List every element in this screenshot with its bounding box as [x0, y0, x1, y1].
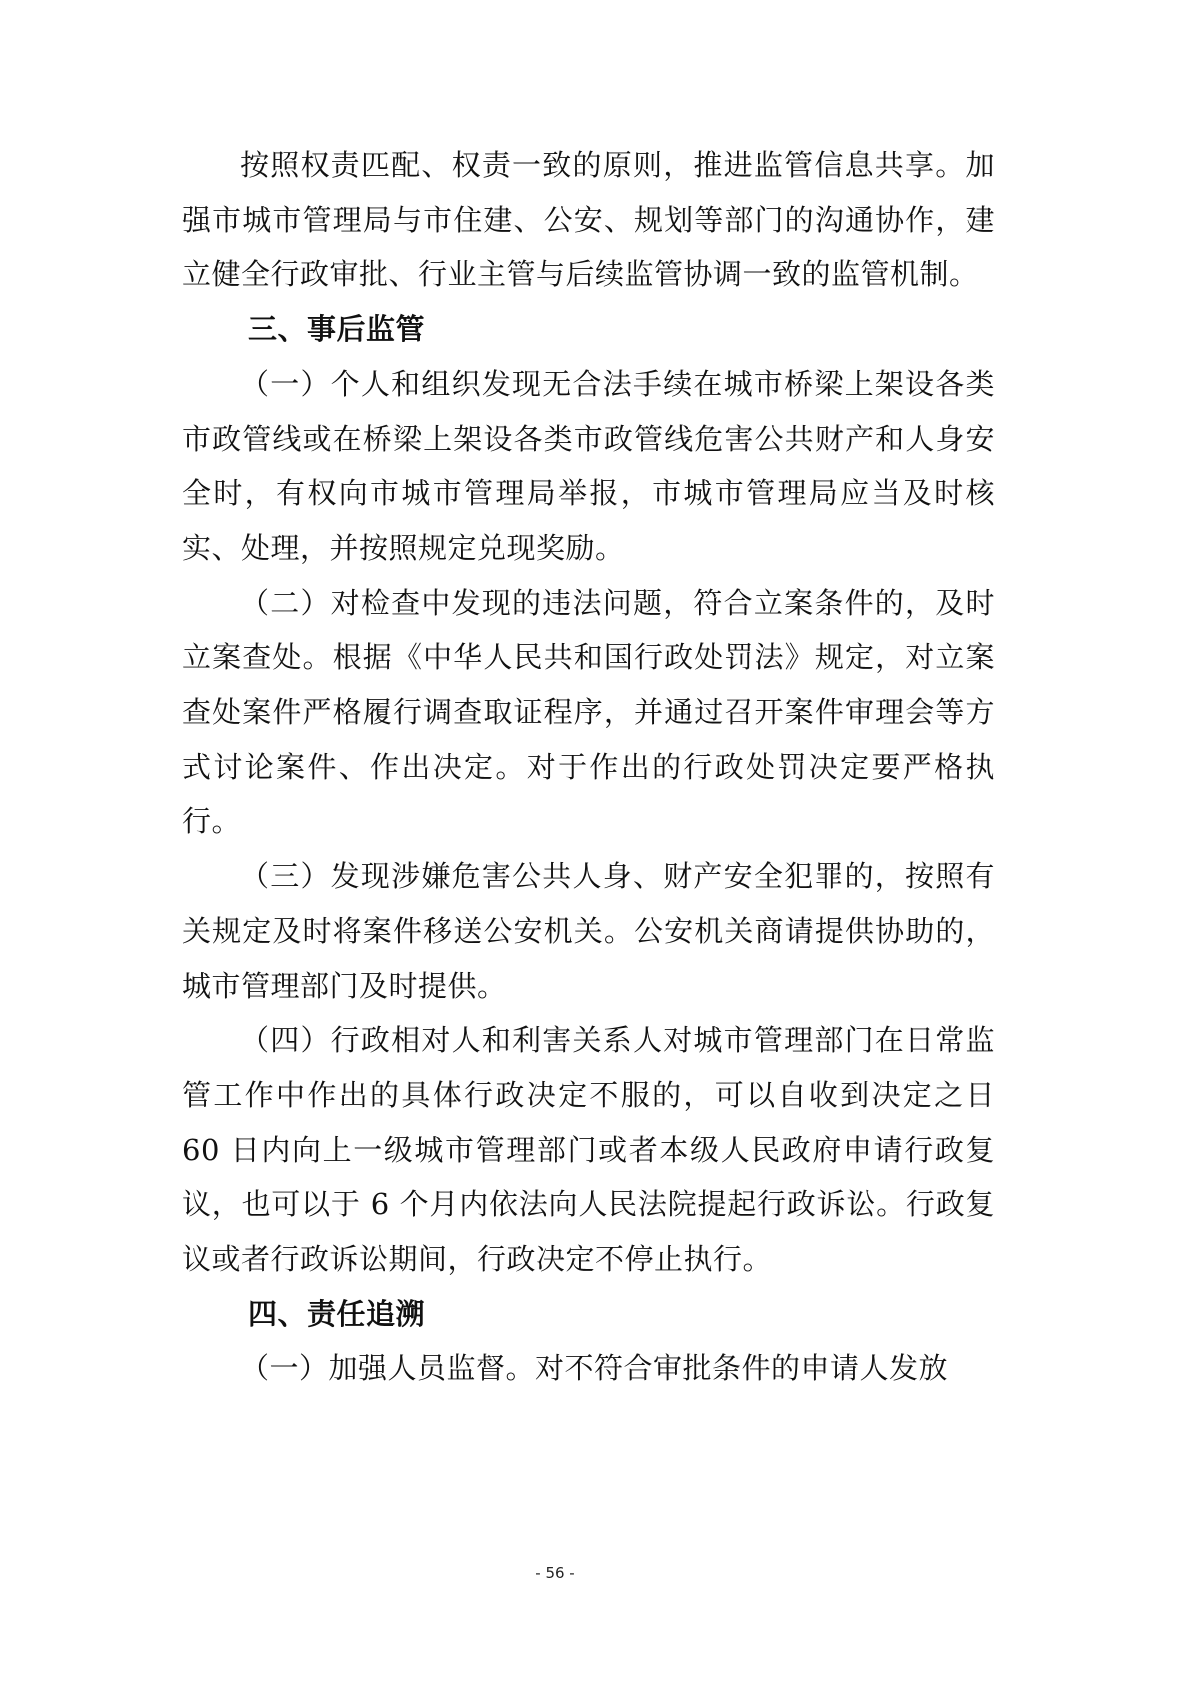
paragraph-case-handling: （二）对检查中发现的违法问题，符合立案条件的，及时立案查处。根据《中华人民共和国…	[182, 576, 995, 850]
paragraph-administrative-review: （四）行政相对人和利害关系人对城市管理部门在日常监管工作中作出的具体行政决定不服…	[182, 1013, 995, 1287]
paragraph-criminal-transfer: （三）发现涉嫌危害公共人身、财产安全犯罪的，按照有关规定及时将案件移送公安机关。…	[182, 849, 995, 1013]
paragraph-report-rights: （一）个人和组织发现无合法手续在城市桥梁上架设各类市政管线或在桥梁上架设各类市政…	[182, 357, 995, 576]
section-heading-post-supervision: 三、事后监管	[182, 302, 995, 357]
paragraph-staff-supervision: （一）加强人员监督。对不符合审批条件的申请人发放	[182, 1341, 995, 1396]
document-page: 按照权责匹配、权责一致的原则，推进监管信息共享。加强市城市管理局与市住建、公安、…	[182, 138, 995, 1396]
page-number: - 56 -	[0, 1564, 1110, 1582]
section-heading-accountability: 四、责任追溯	[182, 1287, 995, 1342]
paragraph-info-sharing: 按照权责匹配、权责一致的原则，推进监管信息共享。加强市城市管理局与市住建、公安、…	[182, 138, 995, 302]
